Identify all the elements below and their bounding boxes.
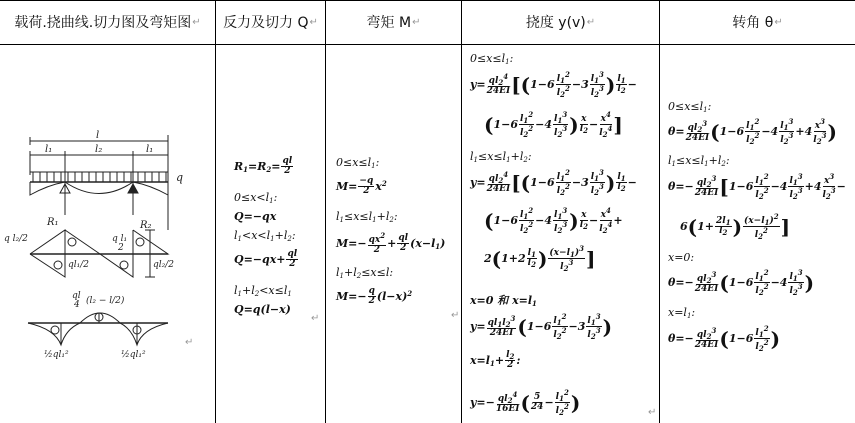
rotation-expr-2b: 6(1+2l1l2)(x−l1)2l22]: [680, 213, 790, 241]
header-label: 挠度 y(v): [526, 12, 586, 32]
svg-text:q l₂/2: q l₂/2: [4, 234, 28, 244]
header-moment: 弯矩 M↵: [326, 0, 461, 45]
header-label: 弯矩 M: [367, 12, 412, 32]
deflection-expr-3: y=ql1l2324EI(1−6l12l22−3l13l23): [470, 313, 612, 341]
shear-cond-1: 0≤x<l1:: [234, 192, 277, 205]
label-l: l: [96, 130, 99, 141]
rotation-cond-4: x=l1:: [668, 307, 695, 320]
svg-text:4: 4: [73, 300, 80, 310]
shear-expr-3: Q=q(l−x): [234, 304, 291, 315]
header-shear: 反力及切力 Q↵: [216, 0, 325, 45]
deflection-expr-2a: y=ql2424EI[(1−6l12l22−3l13l23)l1l2−: [470, 169, 637, 197]
cell-shear: R1=R2=ql2 0≤x<l1: Q=−qx l1<x<l1+l2: Q=−q…: [216, 45, 325, 423]
paragraph-mark-icon: ↵: [412, 17, 420, 28]
svg-text:2: 2: [117, 243, 124, 253]
header-rotation: 转角 θ↵: [660, 0, 855, 45]
paragraph-mark-icon: ↵: [774, 17, 782, 28]
rotation-cond-3: x=0:: [668, 252, 694, 263]
svg-text:R₁: R₁: [46, 217, 59, 228]
paragraph-mark-icon: ↵: [648, 407, 656, 418]
svg-text:q: q: [176, 171, 183, 184]
moment-cond-2: l1≤x≤l1+l2:: [336, 211, 398, 224]
moment-expr-2: M=−qx22+ql2(x−l1): [336, 232, 445, 256]
deflection-cond-2: l1≤x≤l1+l2:: [470, 151, 532, 164]
paragraph-mark-icon: ↵: [185, 337, 193, 348]
svg-text:R₂: R₂: [139, 220, 152, 231]
deflection-expr-2b: (1−6l12l22−4l13l23)xl2−x4l24+: [484, 207, 623, 235]
deflection-expr-1a: y=ql2424EI[(1−6l12l22−3l13l23)l1l2−: [470, 71, 637, 99]
svg-text:(l₂ − l/2): (l₂ − l/2): [86, 295, 125, 306]
shear-cond-3: l1+l2<x≤l1: [234, 285, 292, 298]
rotation-cond-2: l1≤x≤l1+l2:: [668, 155, 730, 168]
svg-text:l₂: l₂: [95, 144, 102, 155]
beam-diagram: l l₁ l₂ l₁ q R₁ R₂ q l₂/2 ql₁/2 q l₁ 2 q…: [0, 45, 215, 423]
paragraph-mark-icon: ↵: [310, 17, 318, 28]
svg-text:ql₁/2: ql₁/2: [68, 260, 89, 270]
paragraph-mark-icon: ↵: [587, 17, 595, 28]
deflection-cond-4: x=l1+l22:: [470, 351, 520, 371]
header-label: 载荷.挠曲线.切力图及弯矩图: [14, 12, 191, 32]
header-deflection: 挠度 y(v)↵: [462, 0, 659, 45]
svg-text:l₁: l₁: [146, 144, 153, 155]
cell-rotation: 0≤x≤l1: θ=ql2324EI(1−6l12l22−4l13l23+4x3…: [660, 45, 855, 423]
header-label: 反力及切力 Q: [223, 12, 308, 32]
rotation-expr-2a: θ=−ql2324EI[1−6l12l22−4l13l23+4x3l23−: [668, 173, 846, 201]
rotation-cond-1: 0≤x≤l1:: [668, 101, 711, 114]
shear-expr-2: Q=−qx+ql2: [234, 250, 299, 270]
svg-text:l₁: l₁: [45, 144, 52, 155]
svg-text:ql₂/2: ql₂/2: [153, 260, 174, 270]
rotation-expr-1: θ=ql2324EI(1−6l12l22−4l13l23+4x3l23): [668, 118, 837, 146]
moment-expr-3: M=−q2(l−x)2: [336, 287, 412, 307]
deflection-expr-2c: 2(1+2l1l2)(x−l1)3l23]: [484, 245, 596, 273]
header-load-diagrams: 载荷.挠曲线.切力图及弯矩图↵: [0, 0, 215, 45]
svg-text:½ql₁²: ½ql₁²: [121, 349, 146, 360]
shear-cond-2: l1<x<l1+l2:: [234, 230, 296, 243]
moment-cond-3: l1+l2≤x≤l:: [336, 267, 393, 280]
cell-diagrams: l l₁ l₂ l₁ q R₁ R₂ q l₂/2 ql₁/2 q l₁ 2 q…: [0, 45, 215, 423]
moment-expr-1: M=−q2x2: [336, 177, 387, 197]
deflection-expr-1b: (1−6l12l22−4l13l23)xl2−x4l24]: [484, 111, 623, 139]
rotation-expr-4: θ=−ql2324EI(1−6l12l22): [668, 325, 780, 353]
deflection-cond-3: x=0 和 x=l1: [470, 295, 537, 307]
deflection-expr-4: y=−ql2416EI(524−l12l22): [470, 389, 580, 417]
svg-text:½ql₁²: ½ql₁²: [44, 349, 69, 360]
paragraph-mark-icon: ↵: [311, 313, 319, 324]
cell-deflection: 0≤x≤l1: y=ql2424EI[(1−6l12l22−3l13l23)l1…: [462, 45, 659, 423]
cell-moment: 0≤x≤l1: M=−q2x2 l1≤x≤l1+l2: M=−qx22+ql2(…: [326, 45, 461, 423]
moment-cond-1: 0≤x≤l1:: [336, 157, 379, 170]
deflection-cond-1: 0≤x≤l1:: [470, 53, 513, 66]
paragraph-mark-icon: ↵: [451, 310, 459, 321]
header-label: 转角 θ: [732, 12, 773, 32]
paragraph-mark-icon: ↵: [192, 17, 200, 28]
rotation-expr-3: θ=−ql2324EI(1−6l12l22−4l13l23): [668, 269, 814, 297]
beam-formula-table: 载荷.挠曲线.切力图及弯矩图↵ 反力及切力 Q↵ 弯矩 M↵ 挠度 y(v)↵ …: [0, 0, 855, 423]
reaction-formula: R1=R2=ql2: [234, 157, 294, 177]
shear-expr-1: Q=−qx: [234, 211, 276, 222]
